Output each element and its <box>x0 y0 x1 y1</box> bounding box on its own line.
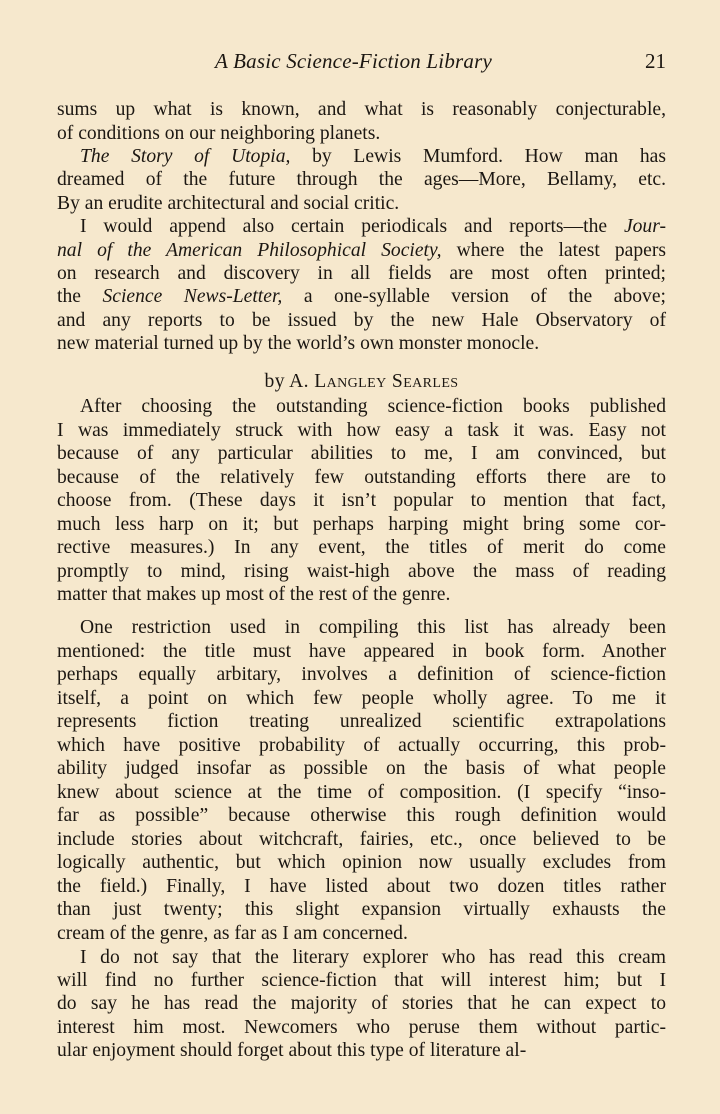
book-title: The Story of Utopia, <box>80 146 290 167</box>
text-line: sums up what is known, and what is reaso… <box>57 98 666 122</box>
author-last: Searles <box>392 371 459 392</box>
text-line: the field.) Finally, I have listed about… <box>57 875 666 899</box>
text-line: interest him most. Newcomers who peruse … <box>57 1016 666 1040</box>
text-line: rective measures.) In any event, the tit… <box>57 536 666 560</box>
journal-title: Jour- <box>624 216 666 237</box>
text-line: represents fiction treating unrealized s… <box>57 710 666 734</box>
text-line: far as possible” because otherwise this … <box>57 804 666 828</box>
journal-title: nal of the American Philosophical Societ… <box>57 240 442 261</box>
text-line: I was immediately struck with how easy a… <box>57 419 666 443</box>
text-line: After choosing the outstanding science-f… <box>80 395 666 419</box>
text-line: and any reports to be issued by the new … <box>57 309 666 333</box>
text-line: the Science News-Letter, a one-syllable … <box>57 285 666 309</box>
running-title: A Basic Science-Fiction Library <box>215 49 492 74</box>
periodical-title: Science News-Letter, <box>102 286 282 307</box>
text-line: perhaps equally arbitary, involves a def… <box>57 663 666 687</box>
text-line: I would append also certain periodicals … <box>80 215 666 239</box>
section-byline: by A. Langley Searles <box>57 370 666 394</box>
text-line: dreamed of the future through the ages—M… <box>57 168 666 192</box>
text-line: choose from. (These days it isn’t popula… <box>57 489 666 513</box>
text-line: matter that makes up most of the rest of… <box>57 583 666 607</box>
page-number: 21 <box>645 49 666 74</box>
text-line: because of any particular abilities to m… <box>57 442 666 466</box>
running-header: A Basic Science-Fiction Library 21 <box>57 49 666 79</box>
text-line: much less harp on it; but perhaps harpin… <box>57 513 666 537</box>
text-line: I do not say that the literary explorer … <box>80 946 666 970</box>
text-line: ability judged insofar as possible on th… <box>57 757 666 781</box>
text-line: on research and discovery in all fields … <box>57 262 666 286</box>
text-line: promptly to mind, rising waist-high abov… <box>57 560 666 584</box>
author-first: Langley <box>314 371 386 392</box>
text-line: of conditions on our neighboring planets… <box>57 122 666 146</box>
text-line: knew about science at the time of compos… <box>57 781 666 805</box>
text-line: which have positive probability of actua… <box>57 734 666 758</box>
text-line: new material turned up by the world’s ow… <box>57 332 666 356</box>
text-line: ular enjoyment should forget about this … <box>57 1039 666 1063</box>
text-line: nal of the American Philosophical Societ… <box>57 239 666 263</box>
text-line: include stories about witchcraft, fairie… <box>57 828 666 852</box>
text-line: logically authentic, but which opinion n… <box>57 851 666 875</box>
text-line: itself, a point on which few people whol… <box>57 687 666 711</box>
text-line: mentioned: the title must have appeared … <box>57 640 666 664</box>
text-line: than just twenty; this slight expansion … <box>57 898 666 922</box>
text-line: because of the relatively few outstandin… <box>57 466 666 490</box>
text-line: do say he has read the majority of stori… <box>57 992 666 1016</box>
text-line: cream of the genre, as far as I am conce… <box>57 922 666 946</box>
book-entry-utopia: The Story of Utopia, by Lewis Mumford. H… <box>80 145 666 169</box>
text-line: By an erudite architectural and social c… <box>57 192 666 216</box>
text-line: will find no further science-fiction tha… <box>57 969 666 993</box>
text-line: One restriction used in compiling this l… <box>80 616 666 640</box>
